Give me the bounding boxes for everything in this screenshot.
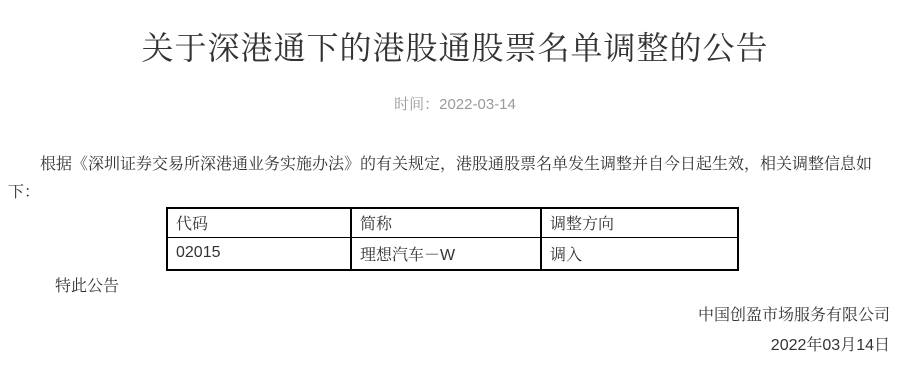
publish-timestamp: 时间：2022-03-14 [0, 95, 910, 115]
company-name: 中国创盈市场服务有限公司 [0, 301, 890, 331]
stock-adjustment-table: 代码 简称 调整方向 02015 理想汽车－W 调入 [166, 207, 739, 271]
announcement-page: 关于深港通下的港股通股票名单调整的公告 时间：2022-03-14 根据《深圳证… [0, 0, 910, 366]
table-header-name: 简称 [351, 208, 541, 237]
table-header-code: 代码 [167, 208, 351, 237]
table-header-row: 代码 简称 调整方向 [167, 208, 738, 237]
table-cell-direction: 调入 [541, 237, 738, 270]
table-cell-name: 理想汽车－W [351, 237, 541, 270]
announcement-date: 2022年03月14日 [0, 331, 890, 361]
table-cell-code: 02015 [167, 237, 351, 270]
signature-block: 中国创盈市场服务有限公司 2022年03月14日 [0, 301, 910, 361]
page-title: 关于深港通下的港股通股票名单调整的公告 [0, 30, 910, 66]
closing-text: 特此公告 [0, 277, 910, 297]
table-row: 02015 理想汽车－W 调入 [167, 237, 738, 270]
announcement-paragraph: 根据《深圳证券交易所深港通业务实施办法》的有关规定，港股通股票名单发生调整并自今… [0, 151, 910, 207]
table-header-direction: 调整方向 [541, 208, 738, 237]
